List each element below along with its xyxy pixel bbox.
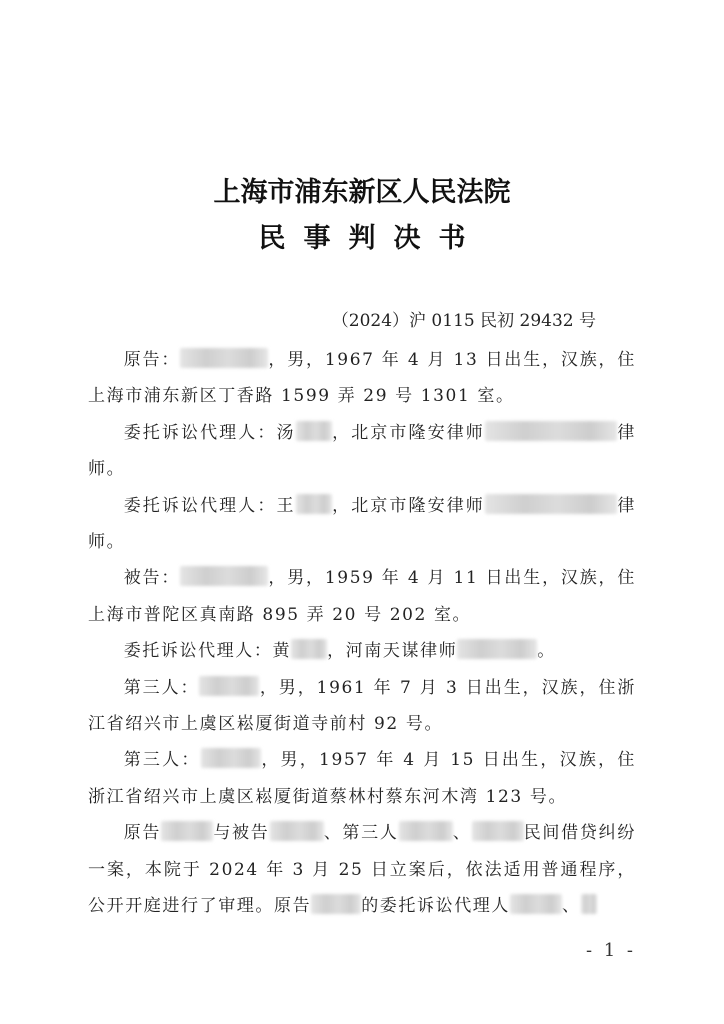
third-party-2-paragraph: 第三人：，男，1957 年 4 月 15 日出生，汉族，住浙江省绍兴市上虞区崧厦… — [88, 742, 636, 815]
agent-1-firm: ，北京市隆安律师 — [332, 423, 485, 443]
summary-text-6: 的委托诉讼代理人 — [361, 896, 510, 916]
third-party-1-label: 第三人： — [124, 678, 200, 698]
plaintiff-label: 原告： — [124, 350, 180, 370]
defendant-agent-label: 委托诉讼代理人：黄 — [124, 641, 291, 661]
redacted-defendant-name-2 — [270, 821, 324, 841]
redacted-agent-1-office — [485, 421, 617, 441]
defendant-label: 被告： — [124, 568, 180, 588]
third-party-1-paragraph: 第三人：，男，1961 年 7 月 3 日出生，汉族，住浙江省绍兴市上虞区崧厦街… — [88, 670, 636, 743]
redacted-third-party-1-name-2 — [399, 821, 453, 841]
page-number: - 1 - — [586, 940, 636, 961]
redacted-defendant-name — [180, 566, 268, 586]
redacted-agent-names — [510, 894, 562, 914]
redacted-defendant-agent-name — [291, 639, 327, 659]
redacted-plaintiff-name — [180, 348, 268, 368]
document-page: 上海市浦东新区人民法院 民事判决书 （2024）沪 0115 民初 29432 … — [0, 0, 724, 1024]
redacted-agent-2-name — [296, 494, 332, 514]
summary-text-3: 、第三人 — [324, 823, 399, 843]
court-name: 上海市浦东新区人民法院 — [0, 170, 724, 209]
agent-1-label: 委托诉讼代理人：汤 — [124, 423, 296, 443]
case-summary-paragraph: 原告与被告、第三人、民间借贷纠纷一案，本院于 2024 年 3 月 25 日立案… — [88, 815, 636, 924]
defendant-agent-firm: ，河南天谋律师 — [327, 641, 457, 661]
agent-2-label: 委托诉讼代理人：王 — [124, 496, 296, 516]
redacted-third-party-2-name — [201, 748, 261, 768]
defendant-agent-end: 。 — [537, 641, 556, 661]
summary-text-4: 、 — [453, 823, 472, 843]
redacted-plaintiff-name-2 — [161, 821, 213, 841]
redacted-defendant-agent-office — [457, 639, 537, 659]
plaintiff-agent-2-paragraph: 委托诉讼代理人：王，北京市隆安律师律师。 — [88, 488, 636, 561]
summary-text-1: 原告 — [124, 823, 161, 843]
redacted-agent-2-office — [485, 494, 617, 514]
plaintiff-agent-1-paragraph: 委托诉讼代理人：汤，北京市隆安律师律师。 — [88, 415, 636, 488]
document-body: 原告：，男，1967 年 4 月 13 日出生，汉族，住上海市浦东新区丁香路 1… — [88, 342, 636, 925]
third-party-2-label: 第三人： — [124, 750, 201, 770]
defendant-agent-paragraph: 委托诉讼代理人：黄，河南天谋律师。 — [88, 633, 636, 669]
redacted-third-party-2-name-2 — [472, 821, 524, 841]
redacted-agent-1-name — [296, 421, 332, 441]
redacted-plaintiff-name-3 — [311, 894, 361, 914]
redacted-agent-name-cutoff — [581, 894, 597, 914]
summary-text-2: 与被告 — [213, 823, 269, 843]
case-number: （2024）沪 0115 民初 29432 号 — [332, 306, 596, 331]
agent-2-firm: ，北京市隆安律师 — [332, 496, 485, 516]
plaintiff-paragraph: 原告：，男，1967 年 4 月 13 日出生，汉族，住上海市浦东新区丁香路 1… — [88, 342, 636, 415]
defendant-paragraph: 被告：，男，1959 年 4 月 11 日出生，汉族，住上海市普陀区真南路 89… — [88, 560, 636, 633]
document-type-title: 民事判决书 — [0, 216, 724, 255]
summary-text-7: 、 — [562, 896, 581, 916]
redacted-third-party-1-name — [199, 676, 259, 696]
